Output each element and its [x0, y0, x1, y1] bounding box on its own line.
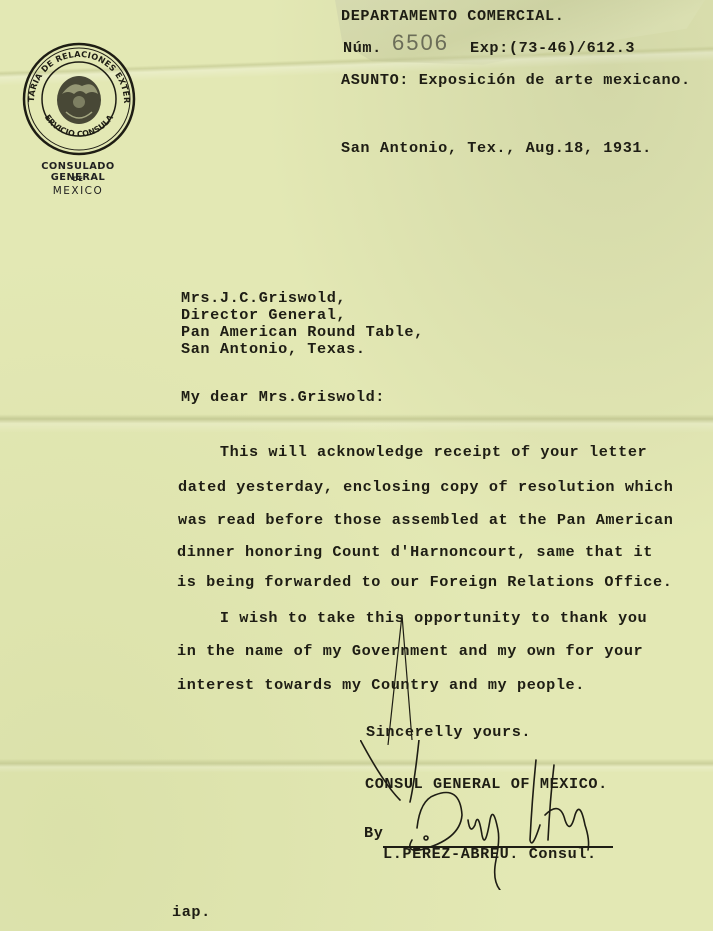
place-date: San Antonio, Tex., Aug.18, 1931. — [341, 139, 652, 157]
consular-seal-icon: SECRETARIA DE RELACIONES EXTERIORES SERV… — [22, 42, 136, 156]
handwritten-signature-icon — [360, 740, 640, 890]
body-line: dinner honoring Count d'Harnoncourt, sam… — [177, 543, 653, 561]
pen-stroke-icon — [380, 615, 420, 745]
recipient-title: Director General, — [181, 306, 346, 324]
recipient-org: Pan American Round Table, — [181, 323, 424, 341]
typist-initials: iap. — [172, 903, 211, 921]
num-label: Núm. — [343, 39, 382, 57]
body-line: was read before those assembled at the P… — [178, 511, 673, 529]
body-line: dated yesterday, enclosing copy of resol… — [178, 478, 673, 496]
org-line-3: MEXICO — [14, 185, 142, 197]
recipient-name: Mrs.J.C.Griswold, — [181, 289, 346, 307]
body-line: This will acknowledge receipt of your le… — [181, 443, 647, 461]
org-line-2: DE — [14, 175, 142, 183]
file-number: 6506 — [392, 30, 449, 56]
subject-line: ASUNTO: Exposición de arte mexicano. — [341, 71, 691, 89]
salutation: My dear Mrs.Griswold: — [181, 388, 385, 406]
department-label: DEPARTAMENTO COMERCIAL. — [341, 7, 564, 25]
expediente: Exp:(73-46)/612.3 — [470, 39, 635, 57]
body-line: is being forwarded to our Foreign Relati… — [177, 573, 672, 591]
recipient-city: San Antonio, Texas. — [181, 340, 366, 358]
